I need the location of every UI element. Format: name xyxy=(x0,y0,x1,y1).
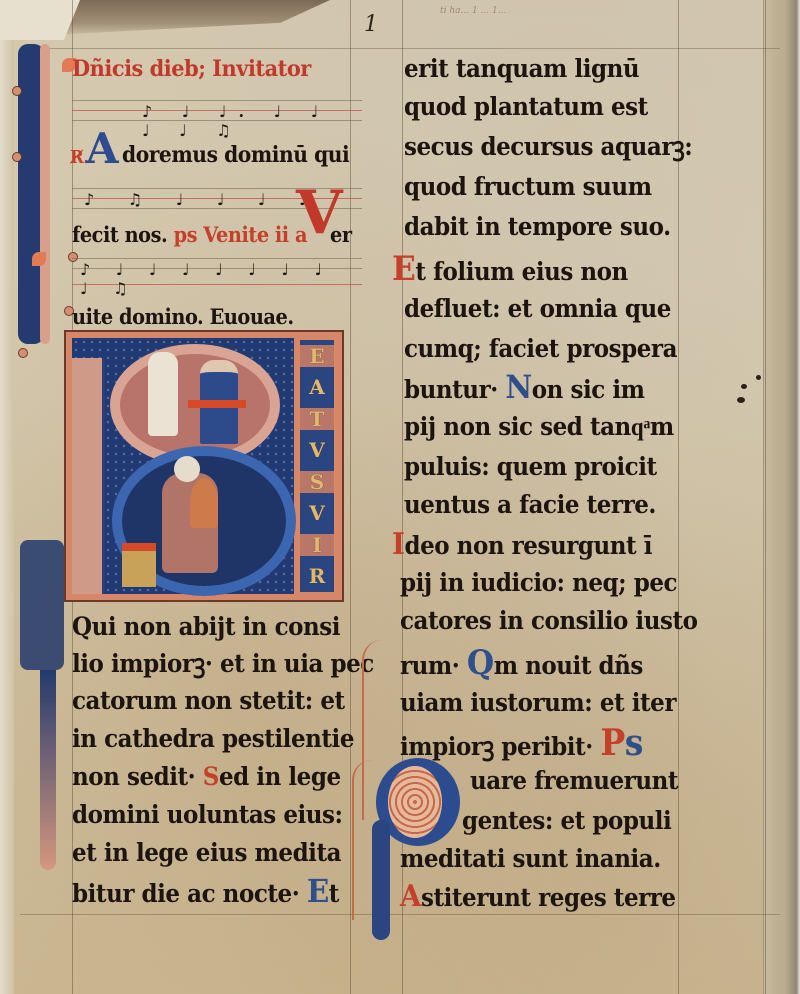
panel-letter: T xyxy=(300,408,334,430)
worm-hole xyxy=(737,397,745,403)
psalm-text: m nouit dñs xyxy=(494,651,643,680)
folio-number: 1 xyxy=(364,12,378,37)
psalm-cue-red: ps Venite ii a xyxy=(174,222,307,247)
panel-letter: R xyxy=(309,565,326,587)
initial-Q-filigree xyxy=(388,766,442,838)
panel-letter: E xyxy=(300,345,334,367)
throne xyxy=(188,400,246,408)
historiated-initial-B: E A T V S V I R xyxy=(64,330,344,602)
red-initial-A: A xyxy=(400,879,421,914)
rubric-heading: Dñicis dieb; Invitator xyxy=(72,56,311,82)
psalm-line: uare fremuerunt xyxy=(470,766,678,796)
psalm-line: in cathedra pestilentie xyxy=(72,724,354,754)
psalm-text: on sic im xyxy=(532,375,645,404)
panel-letter: I xyxy=(300,534,334,556)
king-head xyxy=(174,456,200,482)
chant-text: fecit nos. xyxy=(72,222,167,247)
psalm-line: Astiterunt reges terre xyxy=(400,882,676,913)
psalm-line: domini uoluntas eius: xyxy=(72,800,343,830)
psalm-line: quod plantatum est xyxy=(404,92,648,122)
leaf-ornament-icon xyxy=(32,252,46,266)
psalm-line: meditati sunt inania. xyxy=(400,844,661,874)
ruling-line xyxy=(20,914,780,915)
blue-initial-N: N xyxy=(505,368,531,406)
manuscript-page: 1 ti ha... 1 ... 1... Dñicis dieb; Invit… xyxy=(0,0,800,994)
psalm-text: non sedit· xyxy=(72,762,195,791)
blue-psalm-s: s xyxy=(625,722,643,764)
psalm-line: dabit in tempore suo. xyxy=(404,212,671,242)
psalm-line: secus decursus aquarꝫ: xyxy=(404,132,692,162)
psalm-text: buntur· xyxy=(404,375,498,404)
page-left-edge xyxy=(0,0,14,994)
beatus-vir-panel: E A T V S V I R xyxy=(298,338,336,594)
ruling-line xyxy=(350,0,351,994)
psalm-text: t xyxy=(329,879,339,908)
knob-ornament-icon xyxy=(18,348,28,358)
psalm-line: Qui non abijt in consi xyxy=(72,612,340,642)
red-initial-S: S xyxy=(203,762,219,791)
psalm-text: ed in lege xyxy=(219,762,341,791)
psalm-text: t folium eius non xyxy=(415,257,627,286)
border-tail xyxy=(40,670,56,870)
music-staff: ♪ ♩ ♩ ♩ ♩ ♩ ♩ ♩ ♩ ♫ xyxy=(72,258,362,288)
psalm-text: rum· xyxy=(400,651,459,680)
ruling-line xyxy=(765,0,766,994)
panel-letter: V xyxy=(309,502,325,524)
chant-line: fecit nos. ps Venite ii a xyxy=(72,220,307,250)
psalm-line: et in lege eius medita xyxy=(72,838,341,868)
ruling-line xyxy=(20,48,780,49)
psalm-line: impiorꝫ peribit· Ps xyxy=(400,728,643,762)
psalm-line: uentus a facie terre. xyxy=(404,490,656,520)
kneeling-figure xyxy=(148,352,178,436)
chant-line: doremus dominū qui xyxy=(122,140,349,170)
panel-letter: S xyxy=(300,471,334,493)
border-stem-rose xyxy=(40,44,50,344)
psalm-line: gentes: et populi xyxy=(462,806,671,836)
red-psalm-P: P xyxy=(600,722,624,764)
miniature-field xyxy=(72,338,294,594)
chant-line: uite domino. Euouae. xyxy=(72,302,294,332)
psalm-line: lio impiorꝫ· et in uia pec xyxy=(72,649,374,679)
neume-group: ♪ ♩ ♩. ♩ ♩ ♩ ♩ ♫ xyxy=(142,102,362,140)
border-lower-blue xyxy=(20,540,64,670)
margin-note: ti ha... 1 ... 1... xyxy=(440,6,506,16)
psalm-line: catores in consilio iusto xyxy=(400,606,698,636)
letter-B-stem xyxy=(72,358,105,594)
red-initial-I: I xyxy=(392,527,404,562)
neume-group: ♪ ♫ ♩ ♩ ♩ ♩ xyxy=(84,190,321,209)
psalm-line: Ideo non resurgunt ī xyxy=(392,530,652,561)
harp-icon xyxy=(190,478,218,528)
psalm-line: bitur die ac nocte· Et xyxy=(72,876,339,909)
worm-hole xyxy=(756,375,761,380)
knob-ornament-icon xyxy=(12,86,22,96)
page-right-edge xyxy=(763,0,800,994)
psalm-line: puluis: quem proicit xyxy=(404,452,657,482)
initial-A: A xyxy=(86,128,119,170)
psalm-line: erit tanquam lignū xyxy=(404,54,639,84)
knob-ornament-icon xyxy=(12,152,22,162)
psalm-line: cumq; faciet prospera xyxy=(404,334,677,364)
psalm-line: defluet: et omnia que xyxy=(404,294,671,324)
psalm-line: Et folium eius non xyxy=(392,254,628,287)
chant-line-end: er xyxy=(330,220,352,250)
psalm-line: pij in iudicio: neq; pec xyxy=(400,568,677,598)
panel-letter: A xyxy=(309,376,325,398)
blue-initial-E: E xyxy=(307,872,329,910)
initial-Q-tail xyxy=(372,820,390,940)
blue-initial-Q: Q xyxy=(467,643,494,683)
worm-hole xyxy=(741,384,747,389)
psalm-line: quod fructum suum xyxy=(404,172,652,202)
panel-letter: V xyxy=(309,439,325,461)
psalm-line: non sedit· Sed in lege xyxy=(72,762,341,792)
psalm-text: impiorꝫ peribit· xyxy=(400,732,593,761)
red-initial-E: E xyxy=(392,249,415,289)
neume-group: ♪ ♩ ♩ ♩ ♩ ♩ ♩ ♩ ♩ ♫ xyxy=(80,260,362,298)
building-icon xyxy=(122,543,156,587)
psalm-line: buntur· Non sic im xyxy=(404,372,645,405)
psalm-text: deo non resurgunt ī xyxy=(404,531,652,560)
psalm-text: stiterunt reges terre xyxy=(421,883,676,912)
psalm-line: pij non sic sed tanqͣm xyxy=(404,412,674,442)
psalm-text: bitur die ac nocte· xyxy=(72,879,299,908)
psalm-line: catorum non stetit: et xyxy=(72,686,345,716)
psalm-line: rum· Qm nouit dñs xyxy=(400,648,643,681)
psalm-line: uiam iustorum: et iter xyxy=(400,688,676,718)
